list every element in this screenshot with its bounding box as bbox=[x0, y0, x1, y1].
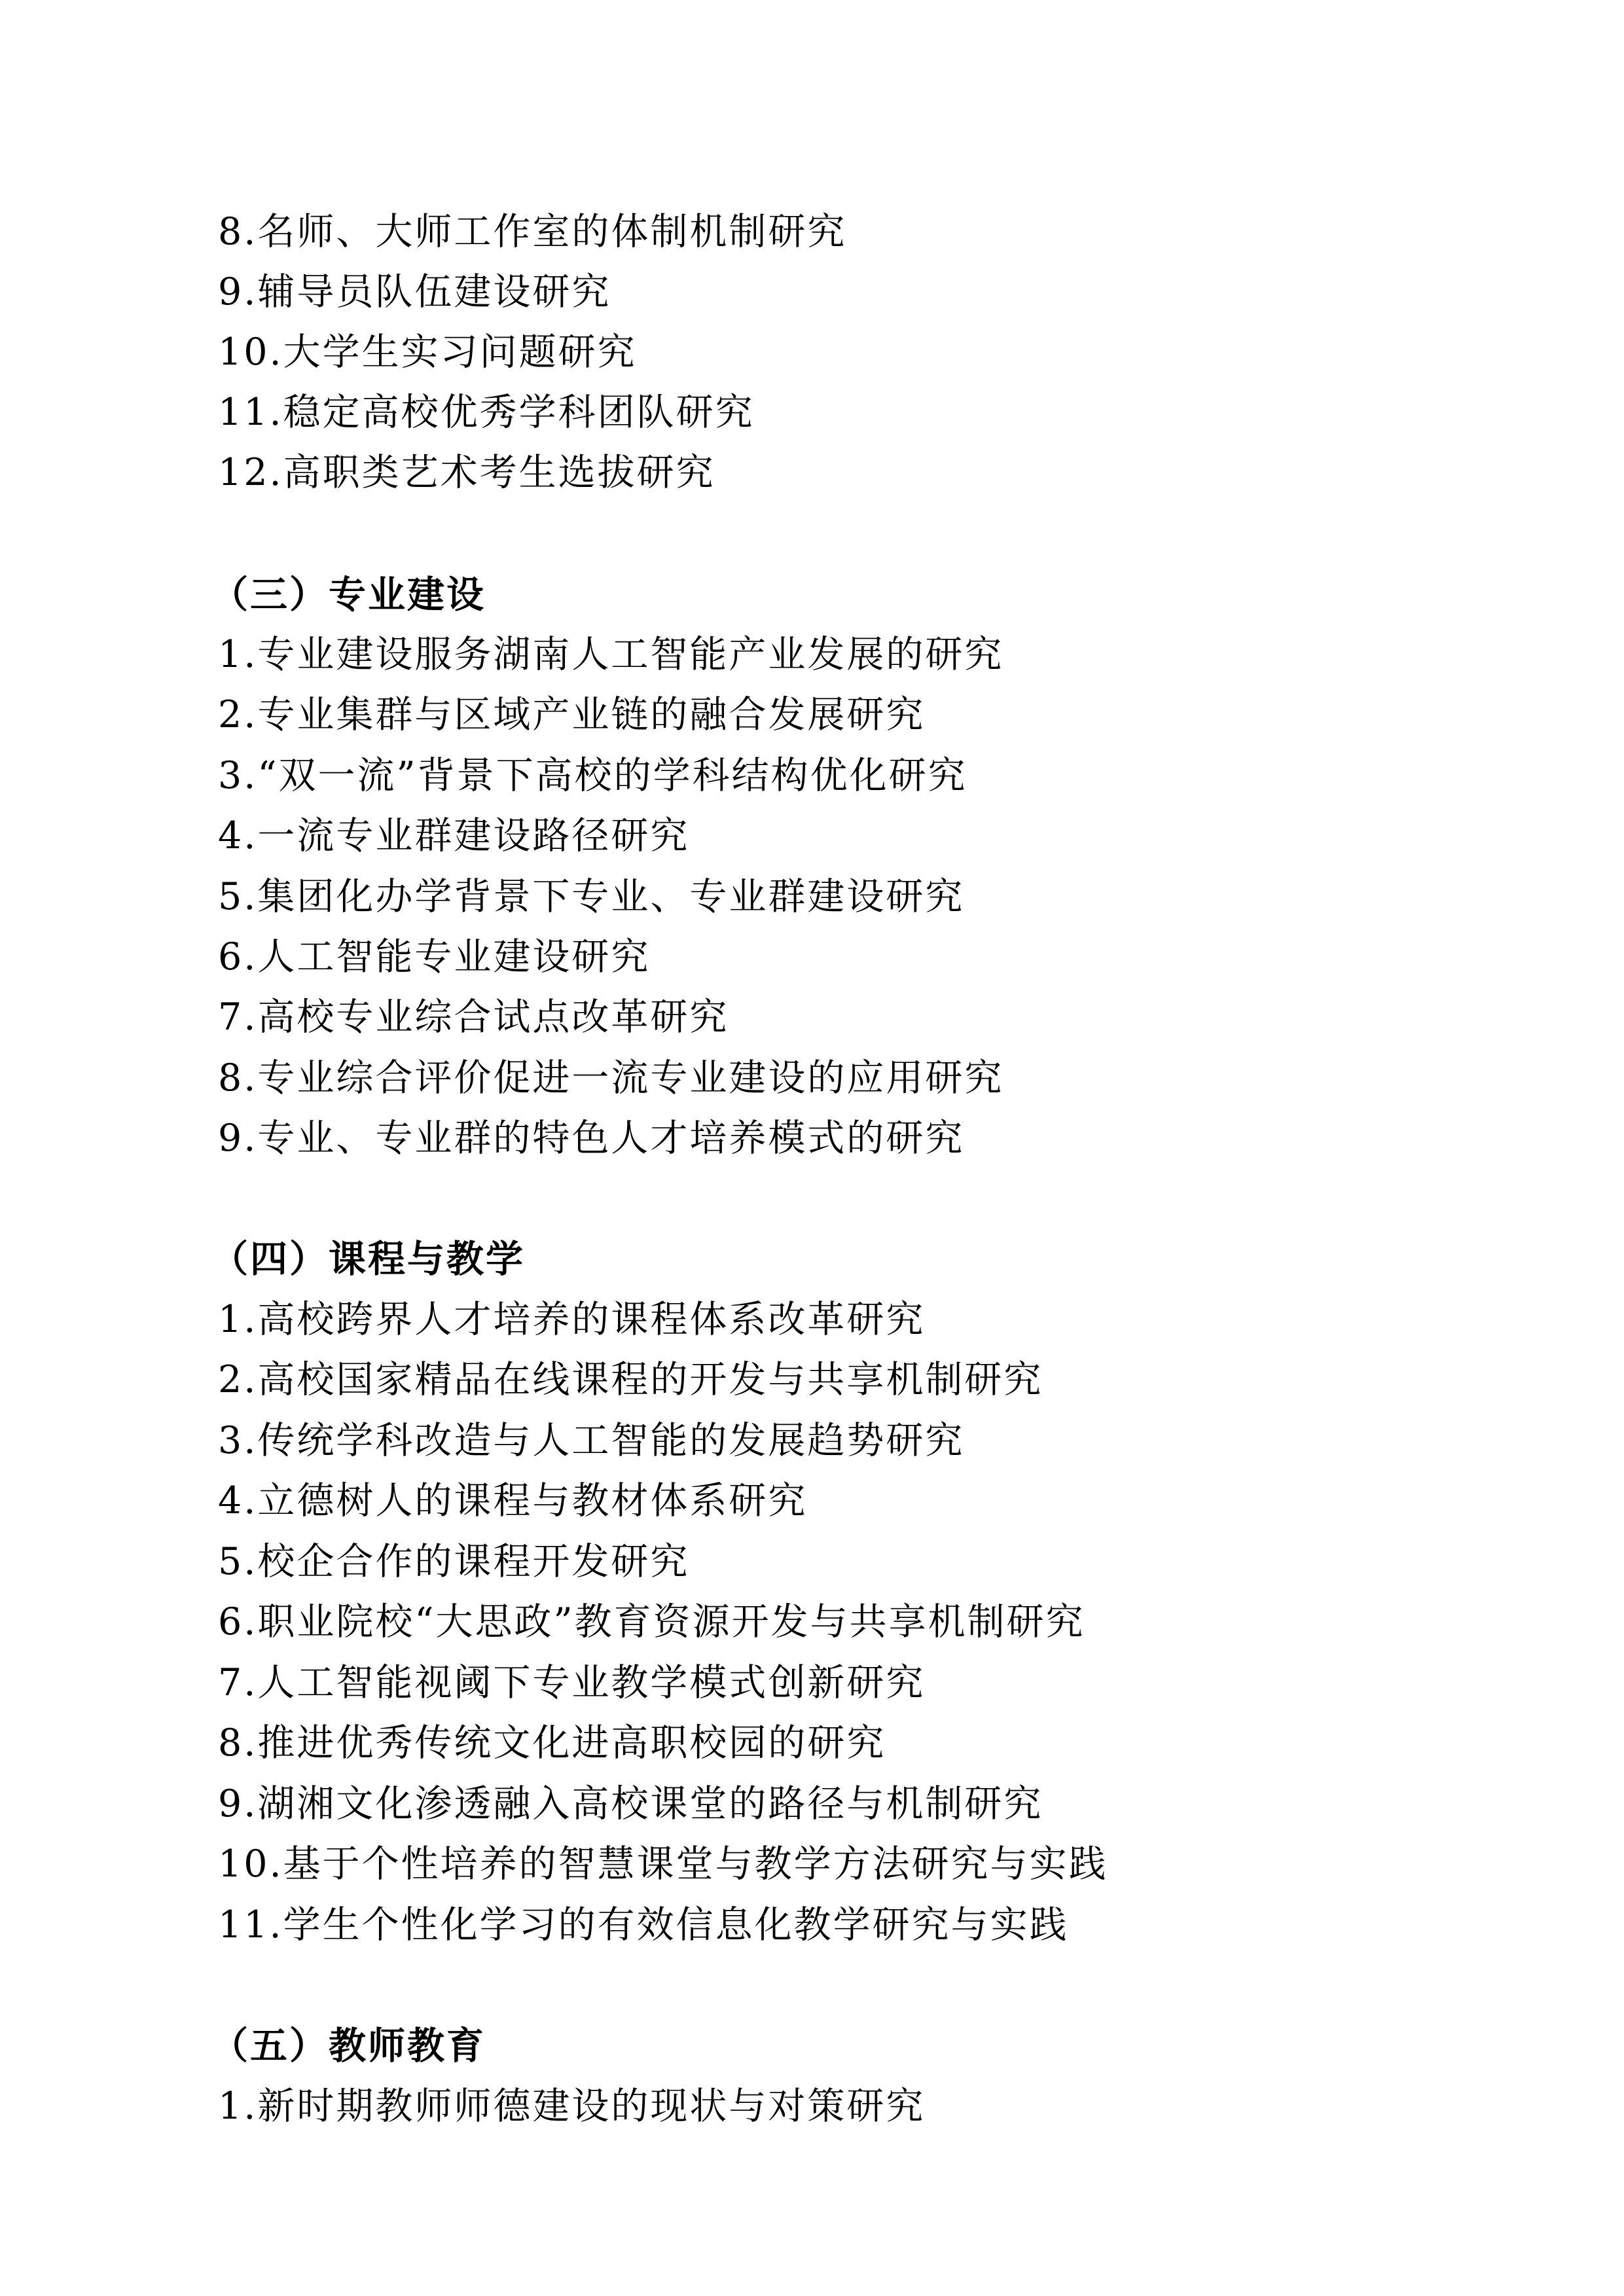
list-item: 7.人工智能视阈下专业教学模式创新研究 bbox=[218, 1660, 925, 1706]
list-item: 10.大学生实习问题研究 bbox=[218, 329, 637, 375]
list-item: 5.集团化办学背景下专业、专业群建设研究 bbox=[218, 874, 964, 920]
list-item: 3.“双一流”背景下高校的学科结构优化研究 bbox=[218, 753, 967, 798]
list-item: 11.学生个性化学习的有效信息化教学研究与实践 bbox=[218, 1902, 1069, 1948]
section-heading: （五）教师教育 bbox=[211, 2023, 486, 2069]
list-item: 9.湖湘文化渗透融入高校课堂的路径与机制研究 bbox=[218, 1781, 1043, 1827]
list-item: 6.职业院校“大思政”教育资源开发与共享机制研究 bbox=[218, 1599, 1085, 1645]
list-item: 8.推进优秀传统文化进高职校园的研究 bbox=[218, 1720, 886, 1766]
list-item: 4.立德树人的课程与教材体系研究 bbox=[218, 1478, 807, 1524]
list-item: 8.专业综合评价促进一流专业建设的应用研究 bbox=[218, 1055, 1003, 1101]
list-item: 3.传统学科改造与人工智能的发展趋势研究 bbox=[218, 1418, 964, 1463]
list-item: 1.高校跨界人才培养的课程体系改革研究 bbox=[218, 1297, 925, 1342]
list-item: 9.专业、专业群的特色人才培养模式的研究 bbox=[218, 1115, 964, 1161]
list-item: 6.人工智能专业建设研究 bbox=[218, 934, 650, 980]
list-item: 7.高校专业综合试点改革研究 bbox=[218, 994, 729, 1040]
list-item: 1.新时期教师师德建设的现状与对策研究 bbox=[218, 2083, 925, 2129]
list-item: 5.校企合作的课程开发研究 bbox=[218, 1539, 689, 1585]
section-heading: （四）课程与教学 bbox=[211, 1236, 525, 1282]
list-item: 8.名师、大师工作室的体制机制研究 bbox=[218, 209, 846, 255]
section-heading: （三）专业建设 bbox=[211, 572, 486, 618]
list-item: 11.稳定高校优秀学科团队研究 bbox=[218, 389, 755, 435]
list-item: 12.高职类艺术考生选拔研究 bbox=[218, 450, 715, 495]
list-item: 2.高校国家精品在线课程的开发与共享机制研究 bbox=[218, 1357, 1043, 1403]
list-item: 2.专业集群与区域产业链的融合发展研究 bbox=[218, 692, 925, 738]
list-item: 4.一流专业群建设路径研究 bbox=[218, 813, 689, 859]
list-item: 10.基于个性培养的智慧课堂与教学方法研究与实践 bbox=[218, 1841, 1108, 1887]
list-item: 1.专业建设服务湖南人工智能产业发展的研究 bbox=[218, 632, 1003, 677]
list-item: 9.辅导员队伍建设研究 bbox=[218, 269, 611, 315]
